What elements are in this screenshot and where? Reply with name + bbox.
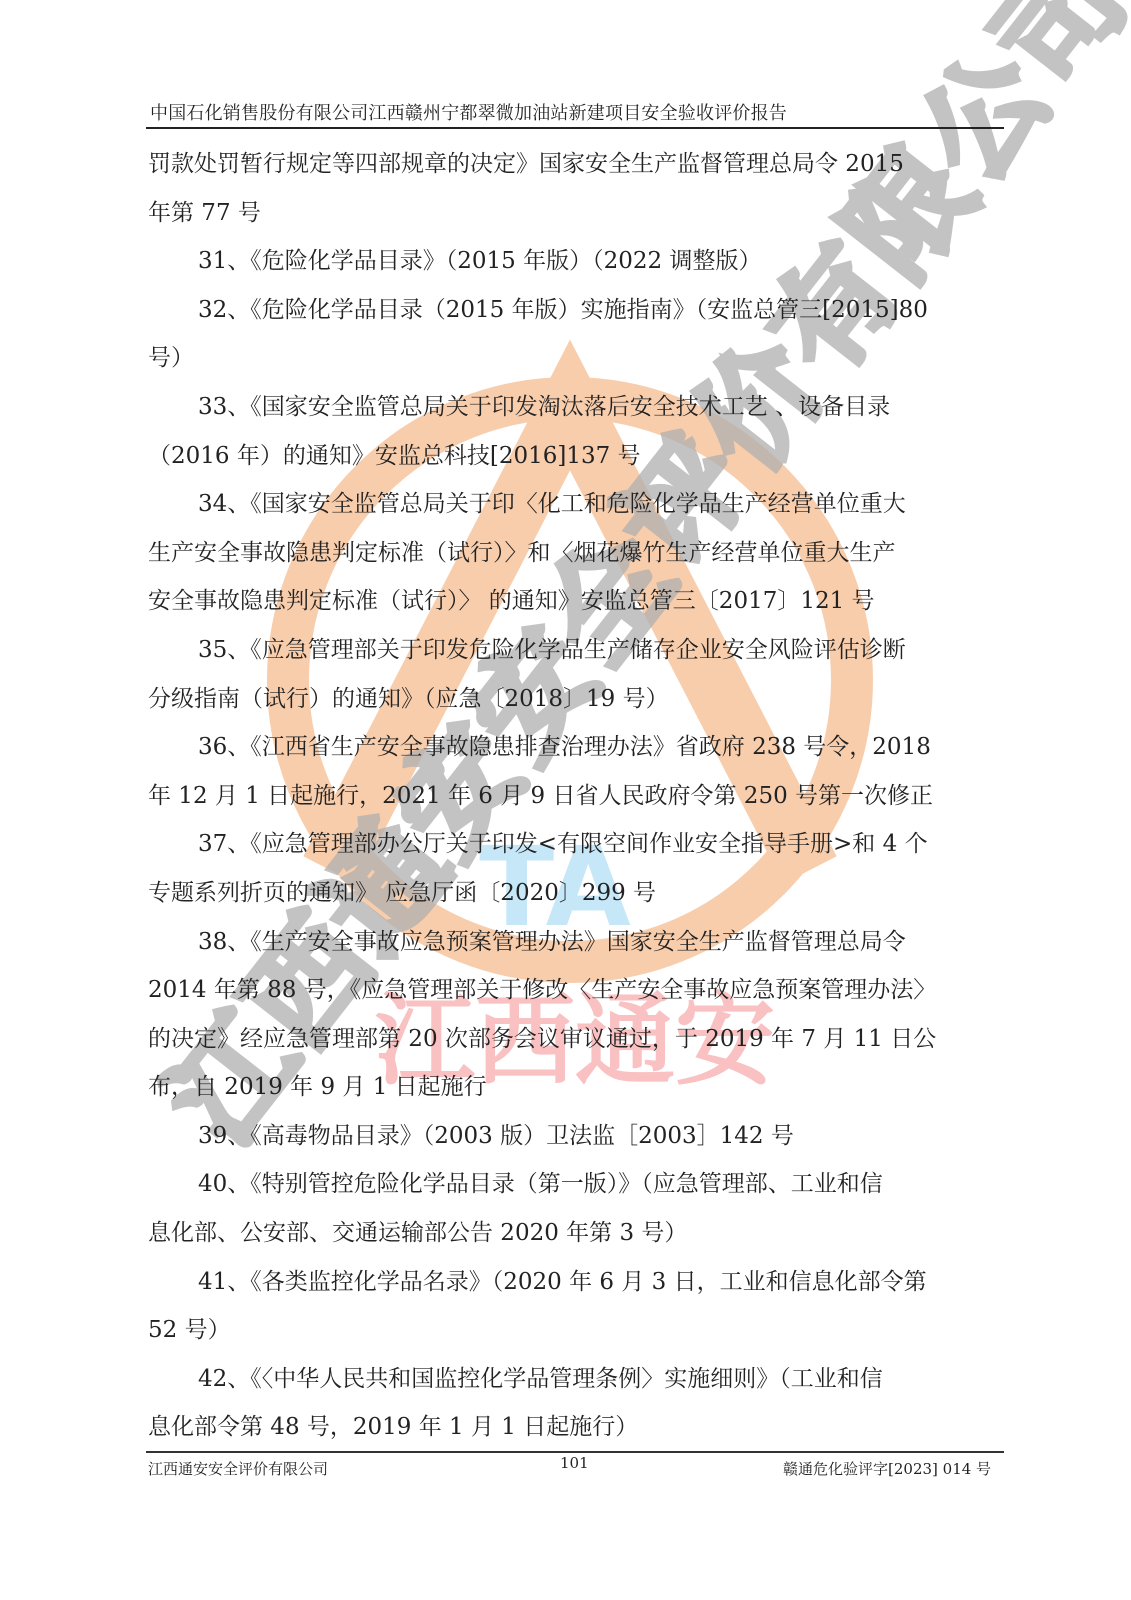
page-header-title: 中国石化销售股份有限公司江西赣州宁都翠微加油站新建项目安全验收评价报告 (150, 99, 787, 125)
body-text-line: 安全事故隐患判定标准（试行）〉 的通知》安监总管三〔2017〕121 号 (148, 577, 1008, 626)
header-divider (146, 127, 1004, 129)
body-text-line: 41、《各类监控化学品名录》（2020 年 6 月 3 日，工业和信息化部令第 (148, 1258, 1008, 1307)
body-text-line: （2016 年）的通知》安监总科技[2016]137 号 (148, 432, 1008, 481)
body-text-line: 39、《高毒物品目录》（2003 版）卫法监［2003］142 号 (148, 1112, 1008, 1161)
page-number: 101 (560, 1454, 589, 1472)
body-text-line: 的决定》经应急管理部第 20 次部务会议审议通过，于 2019 年 7 月 11… (148, 1015, 1008, 1064)
body-text-line: 罚款处罚暂行规定等四部规章的决定》国家安全生产监督管理总局令 2015 (148, 140, 1008, 189)
body-text-line: 42、《〈中华人民共和国监控化学品管理条例〉实施细则》（工业和信 (148, 1355, 1008, 1404)
body-text-line: 号） (148, 334, 1008, 383)
footer-company: 江西通安安全评价有限公司 (148, 1458, 328, 1479)
footer-divider (146, 1451, 1004, 1453)
body-text-line: 31、《危险化学品目录》（2015 年版）（2022 调整版） (148, 237, 1008, 286)
body-text-line: 息化部令第 48 号，2019 年 1 月 1 日起施行） (148, 1403, 1008, 1452)
body-text-line: 布，自 2019 年 9 月 1 日起施行 (148, 1063, 1008, 1112)
body-text-line: 33、《国家安全监管总局关于印发淘汰落后安全技术工艺 、设备目录 (148, 383, 1008, 432)
body-text-line: 生产安全事故隐患判定标准（试行）〉和〈烟花爆竹生产经营单位重大生产 (148, 529, 1008, 578)
body-text-line: 年第 77 号 (148, 189, 1008, 238)
body-text-line: 34、《国家安全监管总局关于印〈化工和危险化学品生产经营单位重大 (148, 480, 1008, 529)
document-body: 罚款处罚暂行规定等四部规章的决定》国家安全生产监督管理总局令 2015年第 77… (148, 140, 1008, 1452)
body-text-line: 专题系列折页的通知》 应急厅函〔2020〕299 号 (148, 869, 1008, 918)
body-text-line: 38、《生产安全事故应急预案管理办法》国家安全生产监督管理总局令 (148, 918, 1008, 967)
body-text-line: 年 12 月 1 日起施行，2021 年 6 月 9 日省人民政府令第 250 … (148, 772, 1008, 821)
body-text-line: 35、《应急管理部关于印发危险化学品生产储存企业安全风险评估诊断 (148, 626, 1008, 675)
body-text-line: 息化部、公安部、交通运输部公告 2020 年第 3 号） (148, 1209, 1008, 1258)
document-page: 中国石化销售股份有限公司江西赣州宁都翠微加油站新建项目安全验收评价报告 罚款处罚… (0, 0, 1131, 1600)
body-text-line: 分级指南（试行）的通知》（应急〔2018〕19 号） (148, 675, 1008, 724)
footer-doc-number: 赣通危化验评字[2023] 014 号 (783, 1458, 991, 1479)
body-text-line: 40、《特别管控危险化学品目录（第一版）》（应急管理部、工业和信 (148, 1160, 1008, 1209)
body-text-line: 36、《江西省生产安全事故隐患排查治理办法》省政府 238 号令，2018 (148, 723, 1008, 772)
body-text-line: 37、《应急管理部办公厅关于印发<有限空间作业安全指导手册>和 4 个 (148, 820, 1008, 869)
body-text-line: 32、《危险化学品目录（2015 年版）实施指南》（安监总管三[2015]80 (148, 286, 1008, 335)
body-text-line: 2014 年第 88 号，《应急管理部关于修改〈生产安全事故应急预案管理办法〉 (148, 966, 1008, 1015)
body-text-line: 52 号） (148, 1306, 1008, 1355)
